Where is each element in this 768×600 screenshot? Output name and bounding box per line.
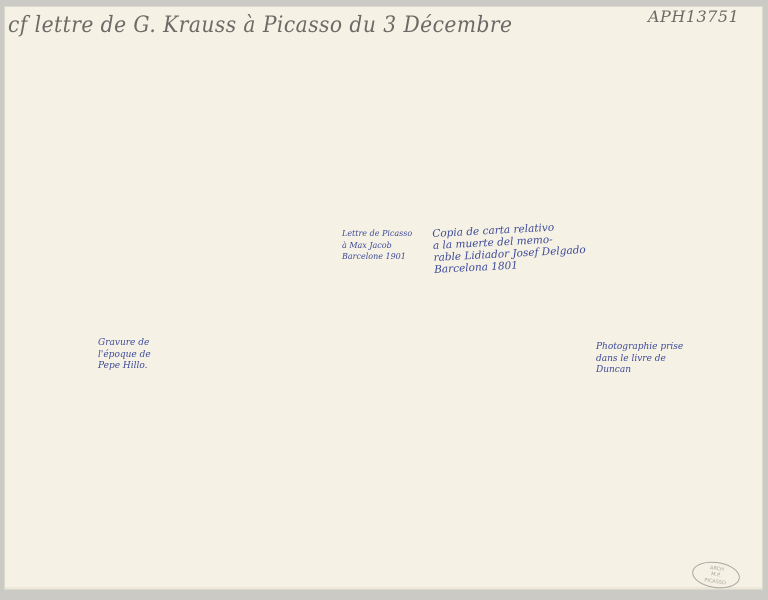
gravure-annotation: Gravure de l'époque de Pepe Hillo. [98, 338, 151, 373]
photo-back-paper [5, 7, 762, 589]
copia-annotation: Copia de carta relativo a la muerte del … [432, 220, 587, 276]
reference-number: APH13751 [648, 8, 739, 26]
lettre-annotation: Lettre de Picasso à Max Jacob Barcelone … [342, 228, 412, 263]
photo-annotation: Photographie prise dans le livre de Dunc… [596, 342, 683, 377]
title-annotation: cf lettre de G. Krauss à Picasso du 3 Dé… [8, 13, 512, 38]
stamp-text: ARCH M.P. PICASSO [704, 565, 726, 586]
